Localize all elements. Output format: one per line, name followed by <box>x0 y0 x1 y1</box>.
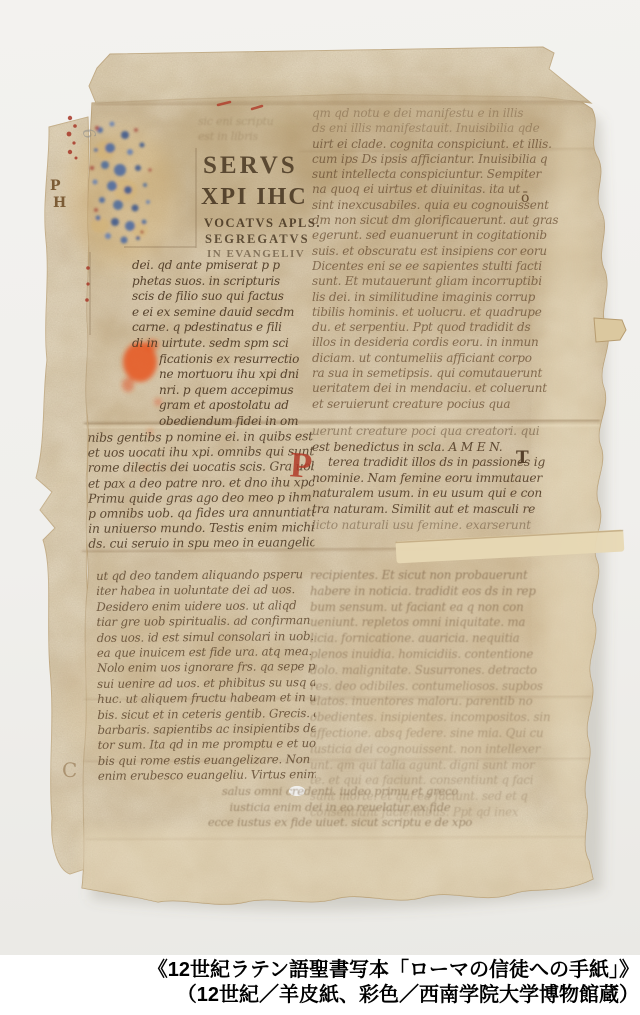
manuscript-text-line: et pax a deo patre nro. et dno ihu xpo. <box>88 475 314 492</box>
manuscript-text-line: ueritatem dei in mendaciu. et coluerunt <box>312 381 588 396</box>
manuscript-text-line: ueniunt. repletos omni iniquitate. ma <box>310 615 584 631</box>
manuscript-text-line: tibilis hominis. et uolucru. et quadrupe <box>312 305 588 320</box>
manuscript-text-line: uirt ei clade. cognita conspiciunt. et i… <box>312 137 588 152</box>
manuscript-text-line: ficationis ex resurrectio <box>159 352 314 368</box>
manuscript-text-line: carne. q pdestinatus e fili <box>132 320 314 336</box>
manuscript-text-line: huc. ut aliquem fructu habeam et in uo <box>97 690 315 707</box>
manuscript-text-line: Dicentes eni se ee sapientes stulti fact… <box>312 259 588 274</box>
manuscript-text-line: cum ips Ds ipsis afficiantur. Inuisibili… <box>312 152 588 167</box>
manuscript-text-line: qm qd notu e dei manifestu e in illis <box>312 106 588 121</box>
manuscript-text-line: unt. qm qui talia agunt. digni sunt mor <box>310 758 584 774</box>
incipit-line-4: SEGREGATVS <box>205 232 310 247</box>
manuscript-text-line: ds eni illis manifestauit. Inuisibilia q… <box>312 121 588 136</box>
manuscript-text-line: dei. qd ante pmiserat p p <box>132 258 314 274</box>
manuscript-text-line: egerunt. sed euanuerunt in cogitationib <box>312 228 588 243</box>
screenshot: sic eni scriptuest in libris SERVS XPI I… <box>0 0 640 1015</box>
incipit-line-3: VOCATVS APLS. <box>204 216 321 231</box>
manuscript-text-line: suis. et obscuratu est insipiens cor eor… <box>312 244 588 259</box>
manuscript-text-line: licto naturali usu femine. exarserunt <box>312 518 592 534</box>
manuscript-text-line: Nolo enim uos ignorare frs. qa sepe ppo <box>97 659 315 676</box>
manuscript-text-line: sunt intellecta conspiciuntur. Sempiter <box>312 167 588 182</box>
manuscript-text-line: lis dei. in similitudine imaginis corrup <box>312 290 588 305</box>
bleedthrough-text: sic eni scriptuest in libris <box>198 114 330 144</box>
margin-letter-p: P <box>50 178 61 194</box>
right-column-upper-text: qm qd notu e dei manifestu e in illisds … <box>312 106 588 412</box>
manuscript-text-line: tiar gre uob spiritualis. ad confirman <box>96 613 314 630</box>
margin-letter-t: T <box>516 448 529 468</box>
manuscript-text-line: est in libris <box>198 129 330 144</box>
manuscript-text-layer: sic eni scriptuest in libris SERVS XPI I… <box>0 0 640 955</box>
manuscript-text-line: sunt. Et mutauerunt gliam incorruptibi <box>312 274 588 289</box>
manuscript-text-line: ne mortuoru ihu xpi dni <box>159 367 314 383</box>
manuscript-text-line: elatos. inuentores maloru. parentib no <box>310 694 584 710</box>
margin-letter-c: C <box>62 758 77 782</box>
manuscript-text-line: nri. p quem accepimus <box>159 383 314 399</box>
incipit-line-2: XPI IHC <box>201 184 308 211</box>
left-column-middle-text: nibs gentibs p nomine ei. in quibs estis… <box>88 429 315 552</box>
manuscript-text-line: licia. fornicatione. auaricia. nequitia <box>310 631 584 647</box>
manuscript-text-line: tra naturam. Similit aut et masculi re <box>312 502 592 518</box>
manuscript-text-line: terea tradidit illos ds in passiones ig <box>328 455 592 471</box>
manuscript-text-line: illos in desideria cordis eoru. in inmun <box>312 335 588 350</box>
manuscript-text-line: uerunt creature poci qua creatori. qui <box>312 424 592 440</box>
manuscript-text-line: sint inexcusabiles. quia eu cognouissent <box>312 198 588 213</box>
margin-letter-o: ō <box>521 190 529 206</box>
manuscript-text-line: gram et apostolatu ad <box>159 398 314 414</box>
manuscript-text-line: te. et qui ea faciunt. consentiunt q fac… <box>310 773 584 789</box>
manuscript-text-line: na quoq ei uirtus et diuinitas. ita ut <box>312 182 588 197</box>
manuscript-text-line: rome dilectis dei uocatis scis. Gra uob <box>88 460 314 477</box>
pencil-mark: 6 <box>78 126 99 142</box>
manuscript-text-line: naturalem usum. in eu usum qui e con <box>312 486 592 502</box>
manuscript-text-line: diciam. ut contumeliis afficiant corpo <box>312 351 588 366</box>
manuscript-text-line: scis de filio suo qui factus <box>132 289 314 305</box>
red-initial-p: P <box>289 443 314 486</box>
manuscript-photograph: sic eni scriptuest in libris SERVS XPI I… <box>0 0 640 955</box>
manuscript-text-line: dolo. malignitate. Susurrones. detracto <box>310 663 584 679</box>
manuscript-text-line: plenos inuidia. homicidiis. contentione <box>310 647 584 663</box>
manuscript-text-line: affectione. absq federe. sine mia. Qui c… <box>310 726 584 742</box>
manuscript-text-line: et seruierunt creature pocius qua <box>312 397 588 412</box>
manuscript-text-line: e ei ex semine dauid secdm <box>132 305 314 321</box>
manuscript-text-line: p omnibs uob. qa fides ura annuntiatur <box>88 505 314 522</box>
manuscript-text-line: ra sua in semetipsis. qui comutauerunt <box>312 366 588 381</box>
caption: 《12世紀ラテン語聖書写本「ローマの信徒への手紙」》 （12世紀／羊皮紙、彩色／… <box>0 955 640 1015</box>
manuscript-text-line: nominie. Nam femine eoru immutauer <box>312 471 592 487</box>
manuscript-text-line: nibs gentibs p nomine ei. in quibs estis <box>88 429 314 446</box>
manuscript-text-line: habere in noticia. tradidit eos ds in re… <box>310 584 584 600</box>
manuscript-text-line: iusticia dei cognouissent. non intellexe… <box>310 742 584 758</box>
margin-letter-h: H <box>53 195 66 211</box>
manuscript-text-line: consentiunt facientibus. Ppt qd inex <box>310 805 584 821</box>
manuscript-text-line: sunt morte. et qui ea faciunt. sed et q <box>310 789 584 805</box>
manuscript-text-line: res. deo odibiles. contumeliosos. supbos <box>310 679 584 695</box>
caption-line-2: （12世紀／羊皮紙、彩色／西南学院大学博物館蔵） <box>0 983 640 1008</box>
left-column-upper-text: dei. qd ante pmiserat p pphetas suos. in… <box>132 258 314 430</box>
right-column-middle-text: uerunt creature poci qua creatori. quies… <box>312 424 592 533</box>
manuscript-text-line: di in uirtute. sedm spm sci <box>132 336 314 352</box>
right-column-lower-text: recipientes. Et sicut non probauerunthab… <box>310 568 584 821</box>
manuscript-text-line: obedientes. insipientes. incompositos. s… <box>310 710 584 726</box>
manuscript-text-line: enim erubesco euangeliu. Virtus enim <box>98 767 316 784</box>
manuscript-text-line: phetas suos. in scripturis <box>132 274 314 290</box>
manuscript-text-line: est benedictus in scla. A M E N. <box>312 440 592 456</box>
manuscript-text-line: bum sensum. ut faciant ea q non con <box>310 600 584 616</box>
manuscript-text-line: sic eni scriptu <box>198 114 330 129</box>
manuscript-text-line: obediendum fidei in om <box>159 414 314 430</box>
manuscript-text-line: iter habea in uoluntate dei ad uos. <box>96 582 314 599</box>
manuscript-text-line: ds. cui seruio in spu meo in euangelio <box>88 536 314 553</box>
manuscript-text-line: Primu quide gras ago deo meo p ihm xpm <box>88 490 314 507</box>
manuscript-text-line: in uniuerso mundo. Testis enim michi e <box>88 520 314 537</box>
manuscript-text-line: recipientes. Et sicut non probauerunt <box>310 568 584 584</box>
manuscript-text-line: tor sum. Ita qd in me promptu e et uo <box>98 737 316 754</box>
manuscript-text-line: et uos uocati ihu xpi. omnibs qui sunt <box>88 444 314 461</box>
incipit-line-1: SERVS <box>203 152 298 180</box>
manuscript-text-line: dm non sicut dm glorificauerunt. aut gra… <box>312 213 588 228</box>
left-column-lower-text: ut qd deo tandem aliquando psperuiter ha… <box>96 567 316 785</box>
caption-line-1: 《12世紀ラテン語聖書写本「ローマの信徒への手紙」》 <box>0 958 640 983</box>
manuscript-text-line: du. et serpentiu. Ppt quod tradidit ds <box>312 320 588 335</box>
